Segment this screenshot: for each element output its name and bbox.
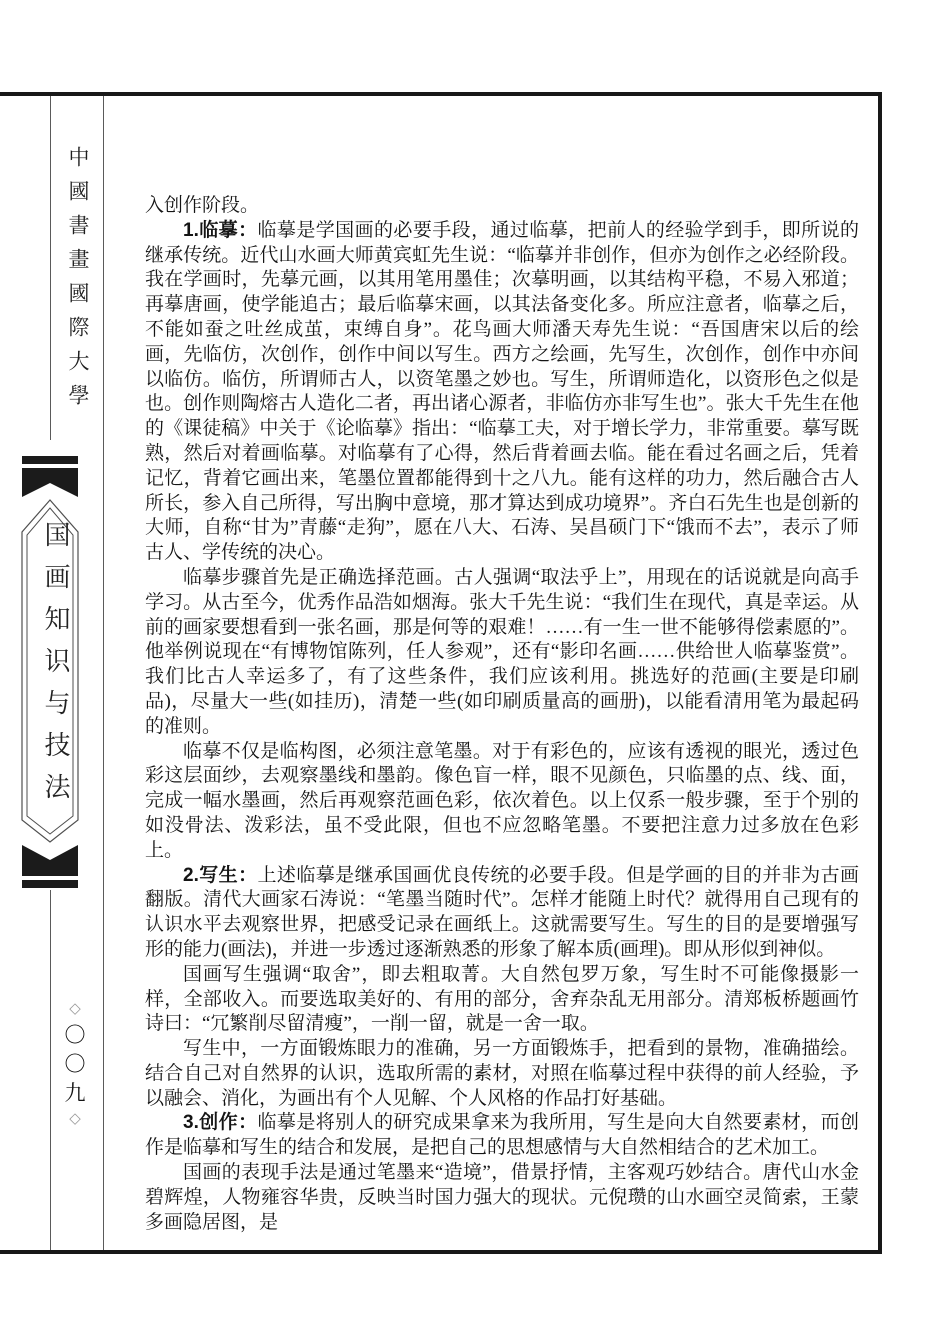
page-number-digit: 〇: [65, 1025, 86, 1046]
body-paragraph: 国画写生强调“取舍”，即去粗取菁。大自然包罗万象，写生时不可能像摄影一样，全部收…: [145, 963, 859, 1037]
body-paragraph: 1.临摹：临摹是学国画的必要手段，通过临摹，把前人的经验学到手，即所说的继承传统…: [145, 219, 859, 566]
body-paragraph: 国画的表现手法是通过笔墨来“造境”，借景抒情，主客观巧妙结合。唐代山水金碧辉煌，…: [145, 1161, 859, 1235]
paragraph-text: 临摹是学国画的必要手段，通过临摹，把前人的经验学到手，即所说的继承传统。近代山水…: [145, 220, 859, 563]
book-page: 中國書畫國際大學 国画知识与技法 ◇ 〇 〇 九 ◇ 入创作阶段。 1.临摹：临…: [0, 0, 950, 1344]
frame-bottom-border: [0, 1250, 882, 1254]
body-text: 入创作阶段。 1.临摹：临摹是学国画的必要手段，通过临摹，把前人的经验学到手，即…: [145, 194, 859, 1235]
paragraph-text: 国画的表现手法是通过笔墨来“造境”，借景抒情，主客观巧妙结合。唐代山水金碧辉煌，…: [145, 1162, 859, 1233]
body-paragraph: 2.写生：上述临摹是继承国画优良传统的必要手段。但是学画的目的并非为古画翻版。清…: [145, 864, 859, 963]
section-heading: 3.创作：: [183, 1112, 258, 1133]
ribbon-bottom-icon: [22, 845, 78, 876]
institution-label: 中國書畫國際大學: [63, 146, 93, 418]
body-paragraph: 写生中，一方面锻炼眼力的准确，另一方面锻炼手，把看到的景物，准确描绘。结合自己对…: [145, 1037, 859, 1111]
ribbon-top-icon: [22, 468, 78, 497]
page-number: ◇ 〇 〇 九 ◇: [62, 1002, 88, 1127]
body-paragraph: 临摹步骤首先是正确选择范画。古人强调“取法乎上”，用现在的话说就是向高手学习。从…: [145, 566, 859, 740]
frame-top-border: [0, 92, 882, 96]
paragraph-text: 临摹不仅是临构图，必须注意笔墨。对于有彩色的，应该有透视的眼光，透过色彩这层面纱…: [145, 741, 859, 861]
sidebar-outer-rule-bottom: [50, 890, 51, 1250]
body-paragraph: 临摹不仅是临构图，必须注意笔墨。对于有彩色的，应该有透视的眼光，透过色彩这层面纱…: [145, 740, 859, 864]
ribbon-bar-bottom: [22, 880, 78, 888]
ornament-diamond-icon: ◇: [69, 1112, 81, 1127]
book-title: 国画知识与技法: [37, 521, 74, 815]
paragraph-text: 入创作阶段。: [145, 195, 259, 216]
page-number-digit: 九: [65, 1083, 86, 1104]
ornament-diamond-icon: ◇: [69, 1002, 81, 1017]
paragraph-text: 写生中，一方面锻炼眼力的准确，另一方面锻炼手，把看到的景物，准确描绘。结合自己对…: [145, 1038, 859, 1109]
ribbon-bar-top: [22, 456, 78, 464]
body-paragraph: 入创作阶段。: [145, 194, 859, 219]
body-paragraph: 3.创作：临摹是将别人的研究成果拿来为我所用，写生是向大自然要素材，而创作是临摹…: [145, 1111, 859, 1161]
frame-right-border: [878, 92, 882, 1254]
section-heading: 1.临摹：: [183, 220, 258, 241]
page-number-digit: 〇: [65, 1054, 86, 1075]
sidebar-inner-rule: [103, 96, 104, 1250]
paragraph-text: 国画写生强调“取舍”，即去粗取菁。大自然包罗万象，写生时不可能像摄影一样，全部收…: [145, 964, 859, 1035]
section-heading: 2.写生：: [183, 865, 258, 886]
paragraph-text: 临摹步骤首先是正确选择范画。古人强调“取法乎上”，用现在的话说就是向高手学习。从…: [145, 567, 859, 737]
sidebar-outer-rule-top: [50, 96, 51, 440]
